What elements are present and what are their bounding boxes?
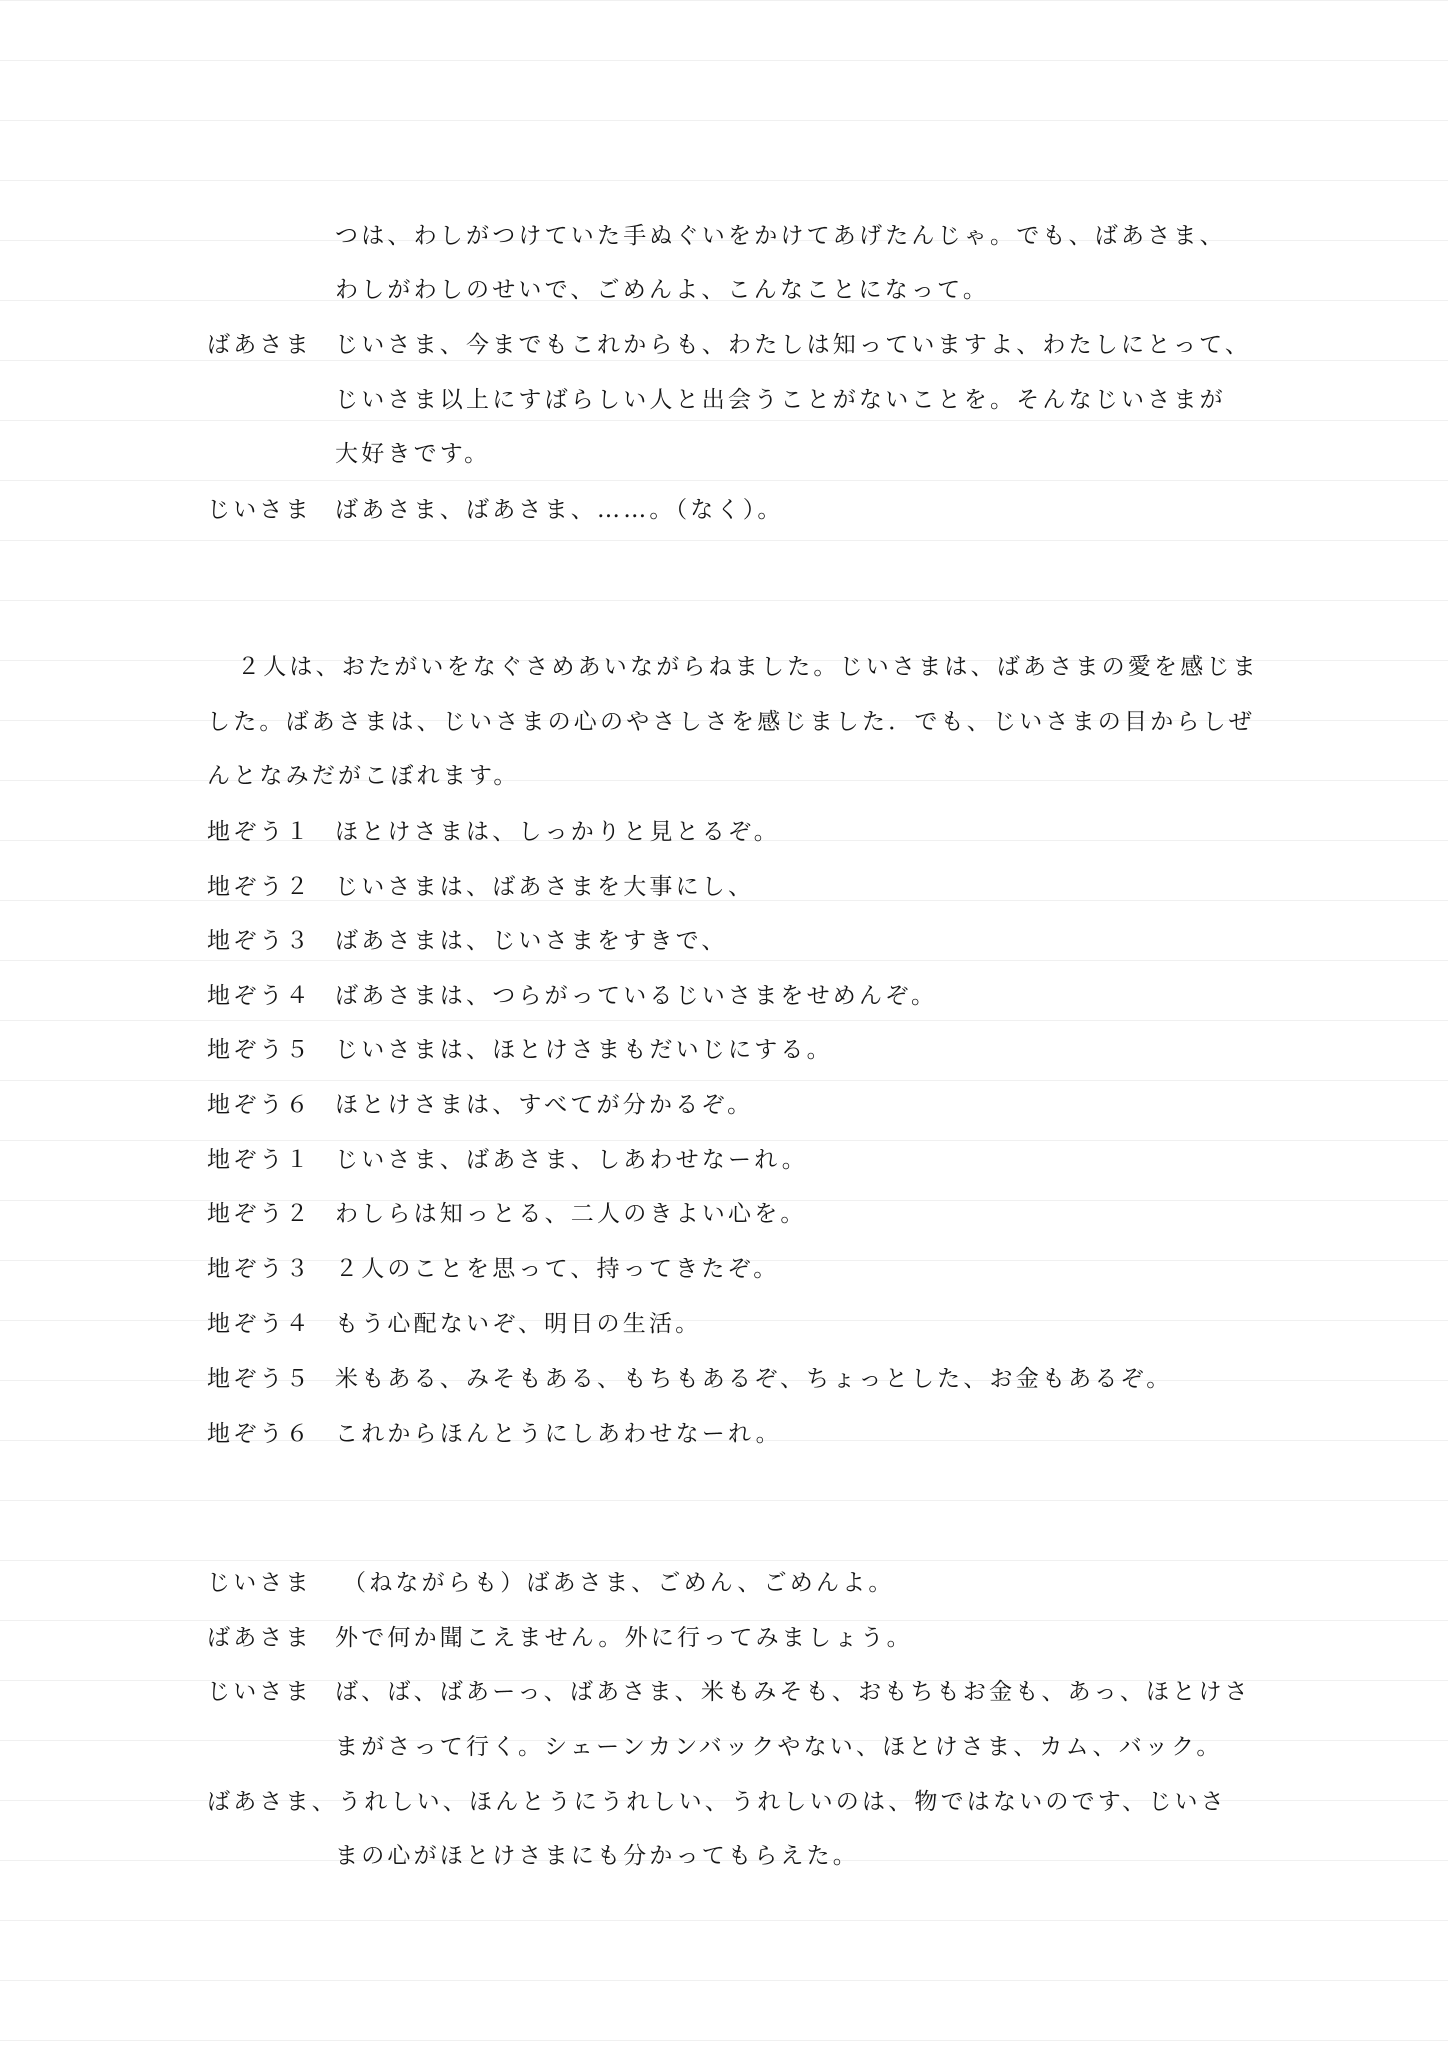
speech-text: これからほんとうにしあわせなーれ。: [335, 1416, 782, 1452]
narration-line: ２人は、おたがいをなぐさめあいながらねました。じいさまは、ばあさまの愛を感じま: [237, 649, 1259, 685]
speech-text: もう心配ないぞ、明日の生活。: [335, 1306, 701, 1342]
jizo-line: 地ぞう１ じいさま、ばあさま、しあわせなーれ。: [0, 1142, 1448, 1178]
jizo-line: 地ぞう３ ばあさまは、じいさまをすきで、: [0, 923, 1448, 959]
speech-text: （ねながらも）ばあさま、ごめん、ごめんよ。: [343, 1565, 895, 1601]
jizo-line: 地ぞう５ 米もある、みそもある、もちもあるぞ、ちょっとした、お金もあるぞ。: [0, 1361, 1448, 1397]
speech-text: わしらは知っとる、二人のきよい心を。: [335, 1196, 807, 1232]
speech-text: ばあさまは、じいさまをすきで、: [335, 923, 728, 959]
speaker-name: 地ぞう６: [207, 1087, 312, 1123]
speaker-name: 地ぞう３: [207, 923, 312, 959]
dialogue-line: ばあさま じいさま、今までもこれからも、わたしは知っていますよ、わたしにとって、: [0, 327, 1448, 363]
jizo-line: 地ぞう６ ほとけさまは、すべてが分かるぞ。: [0, 1087, 1448, 1123]
speaker-name: じいさま: [207, 1565, 312, 1601]
dialogue-line: ばあさま 外で何か聞こえません。外に行ってみましょう。: [0, 1620, 1448, 1656]
speech-text: じいさま、ばあさま、しあわせなーれ。: [335, 1142, 808, 1178]
dialogue-line: ばあさま、うれしい、ほんとうにうれしい、うれしいのは、物ではないのです、じいさ: [207, 1784, 1227, 1820]
dialogue-line: じいさま ば、ば、ばあーっ、ばあさま、米もみそも、おもちもお金も、あっ、ほとけさ: [0, 1674, 1448, 1710]
speaker-name: じいさま: [207, 1674, 312, 1710]
speaker-name: 地ぞう１: [207, 1142, 312, 1178]
speaker-name: 地ぞう６: [207, 1416, 312, 1452]
jizo-line: 地ぞう３ ２人のことを思って、持ってきたぞ。: [0, 1251, 1448, 1287]
dialogue-continuation: じいさま以上にすばらしい人と出会うことがないことを。そんなじいさまが: [335, 382, 1226, 418]
jizo-line: 地ぞう１ ほとけさまは、しっかりと見とるぞ。: [0, 814, 1448, 850]
speech-text: 米もある、みそもある、もちもあるぞ、ちょっとした、お金もあるぞ。: [335, 1361, 1172, 1397]
jizo-line: 地ぞう６ これからほんとうにしあわせなーれ。: [0, 1416, 1448, 1452]
speech-text: ほとけさまは、すべてが分かるぞ。: [335, 1087, 753, 1123]
dialogue-continuation: まがさって行く。シェーンカンバックやない、ほとけさま、カム、バック。: [335, 1729, 1223, 1765]
dialogue-line: じいさま ばあさま、ばあさま、……。（なく）。: [0, 492, 1448, 528]
speech-text: じいさま、今までもこれからも、わたしは知っていますよ、わたしにとって、: [335, 327, 1251, 363]
speaker-name: ばあさま: [207, 1620, 312, 1656]
speech-text: 外で何か聞こえません。外に行ってみましょう。: [335, 1620, 913, 1656]
narration-line: んとなみだがこぼれます。: [207, 758, 520, 794]
jizo-line: 地ぞう４ ばあさまは、つらがっているじいさまをせめんぞ。: [0, 978, 1448, 1014]
speaker-name: ばあさま: [207, 327, 312, 363]
script-page: つは、わしがつけていた手ぬぐいをかけてあげたんじゃ。でも、ばあさま、 わしがわし…: [0, 0, 1448, 2048]
speech-text: じいさまは、ほとけさまもだいじにする。: [335, 1032, 833, 1068]
dialogue-continuation: まの心がほとけさまにも分かってもらえた。: [335, 1838, 859, 1874]
dialogue-line: じいさま （ねながらも）ばあさま、ごめん、ごめんよ。: [0, 1565, 1448, 1601]
speaker-name: じいさま: [207, 492, 312, 528]
speech-text: じいさまは、ばあさまを大事にし、: [335, 869, 754, 905]
dialogue-continuation: つは、わしがつけていた手ぬぐいをかけてあげたんじゃ。でも、ばあさま、: [335, 218, 1226, 254]
speaker-name: 地ぞう２: [207, 869, 312, 905]
speaker-name: 地ぞう１: [207, 814, 312, 850]
speech-text: ば、ば、ばあーっ、ばあさま、米もみそも、おもちもお金も、あっ、ほとけさ: [335, 1674, 1251, 1710]
speaker-name: 地ぞう４: [207, 978, 312, 1014]
jizo-line: 地ぞう４ もう心配ないぞ、明日の生活。: [0, 1306, 1448, 1342]
speech-text: ほとけさまは、しっかりと見とるぞ。: [335, 814, 780, 850]
dialogue-continuation: わしがわしのせいで、ごめんよ、こんなことになって。: [335, 272, 989, 308]
speech-text: ばあさま、ばあさま、……。（なく）。: [335, 492, 784, 528]
speaker-name: 地ぞう４: [207, 1306, 312, 1342]
jizo-line: 地ぞう２ じいさまは、ばあさまを大事にし、: [0, 869, 1448, 905]
speaker-name: 地ぞう２: [207, 1196, 312, 1232]
speech-text: ばあさまは、つらがっているじいさまをせめんぞ。: [335, 978, 937, 1014]
speaker-name: 地ぞう５: [207, 1361, 312, 1397]
jizo-line: 地ぞう２ わしらは知っとる、二人のきよい心を。: [0, 1196, 1448, 1232]
speaker-name: 地ぞう５: [207, 1032, 312, 1068]
speech-text: ２人のことを思って、持ってきたぞ。: [335, 1251, 779, 1287]
narration-line: した。ばあさまは、じいさまの心のやさしさを感じました．でも、じいさまの目からしぜ: [207, 704, 1255, 740]
jizo-line: 地ぞう５ じいさまは、ほとけさまもだいじにする。: [0, 1032, 1448, 1068]
dialogue-continuation: 大好きです。: [335, 436, 490, 472]
speaker-name: 地ぞう３: [207, 1251, 312, 1287]
